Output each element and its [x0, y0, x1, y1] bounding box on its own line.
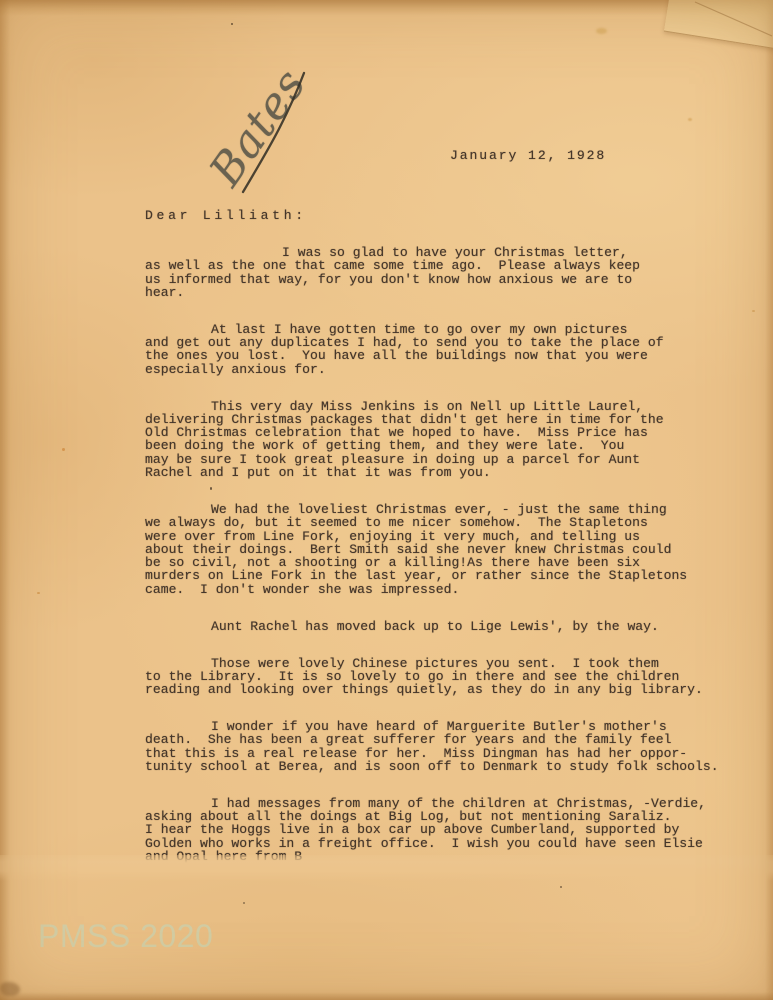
paper-left-edge-shadow	[0, 0, 10, 1000]
paper-bottom-edge-shadow	[0, 992, 773, 1000]
paper-stain	[688, 118, 692, 121]
paper-speck	[231, 23, 233, 25]
paper-stain	[596, 28, 607, 34]
scanned-letter-page: Bates January 12, 1928 Dear Lilliath: I …	[0, 0, 773, 1000]
letter-body: I was so glad to have your Christmas let…	[145, 246, 755, 887]
paper-speck	[62, 448, 65, 451]
paragraph-1: I was so glad to have your Christmas let…	[145, 246, 755, 299]
paragraph-3: This very day Miss Jenkins is on Nell up…	[145, 400, 755, 480]
paper-right-edge-shadow	[765, 0, 773, 1000]
handwritten-annotation: Bates	[200, 60, 316, 196]
salutation: Dear Lilliath:	[145, 209, 307, 222]
watermark: PMSS 2020	[38, 920, 213, 952]
paragraph-8: I had messages from many of the children…	[145, 797, 755, 863]
paragraph-7: I wonder if you have heard of Marguerite…	[145, 720, 755, 773]
paragraph-5: Aunt Rachel has moved back up to Lige Le…	[145, 620, 755, 633]
paragraph-2: At last I have gotten time to go over my…	[145, 323, 755, 376]
paper-top-edge-shadow	[0, 0, 773, 16]
paragraph-4: We had the loveliest Christmas ever, - j…	[145, 503, 755, 596]
letter-date: January 12, 1928	[450, 149, 606, 162]
paper-speck	[243, 902, 245, 904]
paragraph-6: Those were lovely Chinese pictures you s…	[145, 657, 755, 697]
paper-speck	[37, 592, 40, 594]
tape-corner-fold	[664, 0, 773, 50]
